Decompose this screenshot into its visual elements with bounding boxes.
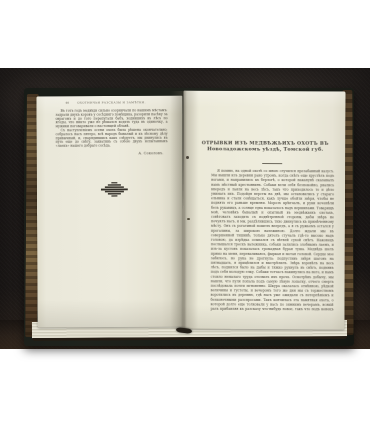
diamond-ornament-icon	[101, 181, 128, 198]
left-page-paragraph: Въ тотъ годъ медвѣди сильно озорничали п…	[55, 109, 167, 129]
gutter-speck	[186, 156, 189, 159]
chapter-heading: ОТРЫВКИ ИЗЪ МЕДВѢЖЬИХЪ ОХОТЪ ВЪ Новоладо…	[196, 141, 334, 162]
heading-divider-rule	[262, 163, 282, 164]
gutter-speck	[187, 218, 190, 220]
author-signature: А. Соколовъ.	[56, 152, 164, 159]
chapter-heading-line2: Новоладожскомъ уѣздѣ, Томской губ.	[196, 146, 334, 152]
running-title: ОХОТНИЧЬИ РАЗСКАЗЫ И ЗАМѢТКИ.	[55, 101, 167, 106]
right-page: ОТРЫВКИ ИЗЪ МЕДВѢЖЬИХЪ ОХОТЪ ВЪ Новоладо…	[182, 91, 345, 330]
left-page-paragraph: Съ наступленіемъ осени охота была рѣшена…	[56, 128, 168, 148]
left-page: 46 ОХОТНИЧЬИ РАЗСКАЗЫ И ЗАМѢТКИ. Въ тотъ…	[36, 96, 183, 328]
book-photo: 46 ОХОТНИЧЬИ РАЗСКАЗЫ И ЗАМѢТКИ. Въ тотъ…	[0, 68, 370, 349]
page-number: 46	[65, 101, 69, 105]
right-page-paragraph: Я помню, на одной охотѣ со мною случился…	[211, 169, 335, 312]
left-page-text: Въ тотъ годъ медвѣди сильно озорничали п…	[55, 109, 167, 152]
right-page-text: Я помню, на одной охотѣ со мною случился…	[211, 169, 335, 312]
